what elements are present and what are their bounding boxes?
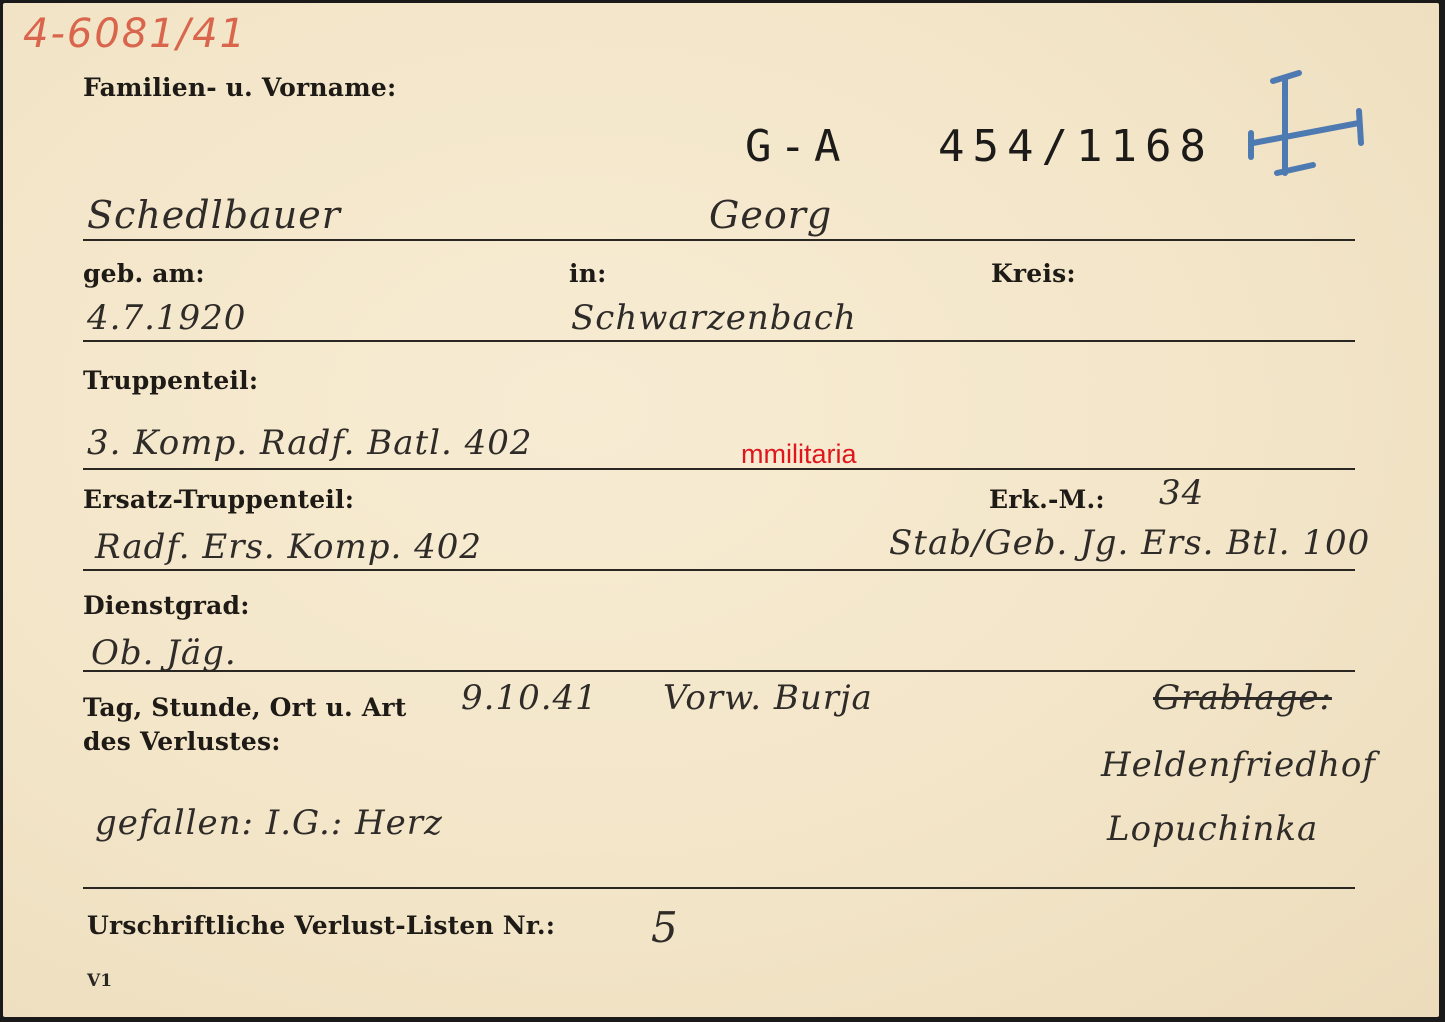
burial-line1: Heldenfriedhof bbox=[1101, 745, 1376, 785]
rank-rule bbox=[83, 670, 1355, 672]
name-rule bbox=[83, 239, 1355, 241]
id-tag-label: Erk.-M.: bbox=[989, 485, 1105, 514]
reference-number: 454/1168 bbox=[938, 121, 1214, 172]
loss-date-value: 9.10.41 bbox=[461, 678, 598, 718]
form-code: V1 bbox=[87, 971, 112, 991]
reference-prefix: G-A bbox=[745, 121, 848, 172]
birth-place-label: in: bbox=[569, 259, 607, 288]
loss-list-value: 5 bbox=[651, 903, 679, 952]
blue-cross-mark-icon bbox=[1241, 61, 1371, 186]
name-label: Familien- u. Vorname: bbox=[83, 73, 396, 102]
rank-value: Ob. Jäg. bbox=[91, 633, 237, 673]
given-name-value: Georg bbox=[709, 193, 832, 237]
archive-note: 4-6081/41 bbox=[23, 11, 247, 57]
loss-rule bbox=[83, 887, 1355, 889]
burial-heading: Grablage: bbox=[1153, 678, 1332, 718]
replacement-unit-value: Radf. Ers. Komp. 402 bbox=[95, 527, 482, 567]
surname-value: Schedlbauer bbox=[87, 193, 341, 237]
birth-rule bbox=[83, 340, 1355, 342]
loss-label-line1: Tag, Stunde, Ort u. Art bbox=[83, 693, 407, 722]
birth-date-label: geb. am: bbox=[83, 259, 205, 288]
loss-label-line2: des Verlustes: bbox=[83, 727, 281, 756]
loss-place-value: Vorw. Burja bbox=[663, 678, 873, 718]
birth-place-value: Schwarzenbach bbox=[571, 298, 857, 338]
unit-value: 3. Komp. Radf. Batl. 402 bbox=[87, 423, 533, 463]
id-tag-value: Stab/Geb. Jg. Ers. Btl. 100 bbox=[889, 523, 1370, 563]
watermark: mmilitaria bbox=[741, 439, 857, 470]
replacement-unit-label: Ersatz-Truppenteil: bbox=[83, 485, 354, 514]
loss-type-value: gefallen: I.G.: Herz bbox=[95, 803, 443, 843]
id-tag-number: 34 bbox=[1159, 473, 1204, 513]
unit-label: Truppenteil: bbox=[83, 366, 258, 395]
replacement-unit-rule bbox=[83, 569, 1355, 571]
rank-label: Dienstgrad: bbox=[83, 591, 250, 620]
loss-list-label: Urschriftliche Verlust-Listen Nr.: bbox=[87, 911, 555, 940]
birth-date-value: 4.7.1920 bbox=[87, 298, 246, 338]
unit-rule bbox=[83, 468, 1355, 470]
district-label: Kreis: bbox=[991, 259, 1076, 288]
casualty-index-card: 4-6081/41 Familien- u. Vorname: G-A 454/… bbox=[3, 3, 1439, 1017]
burial-line2: Lopuchinka bbox=[1107, 809, 1318, 849]
